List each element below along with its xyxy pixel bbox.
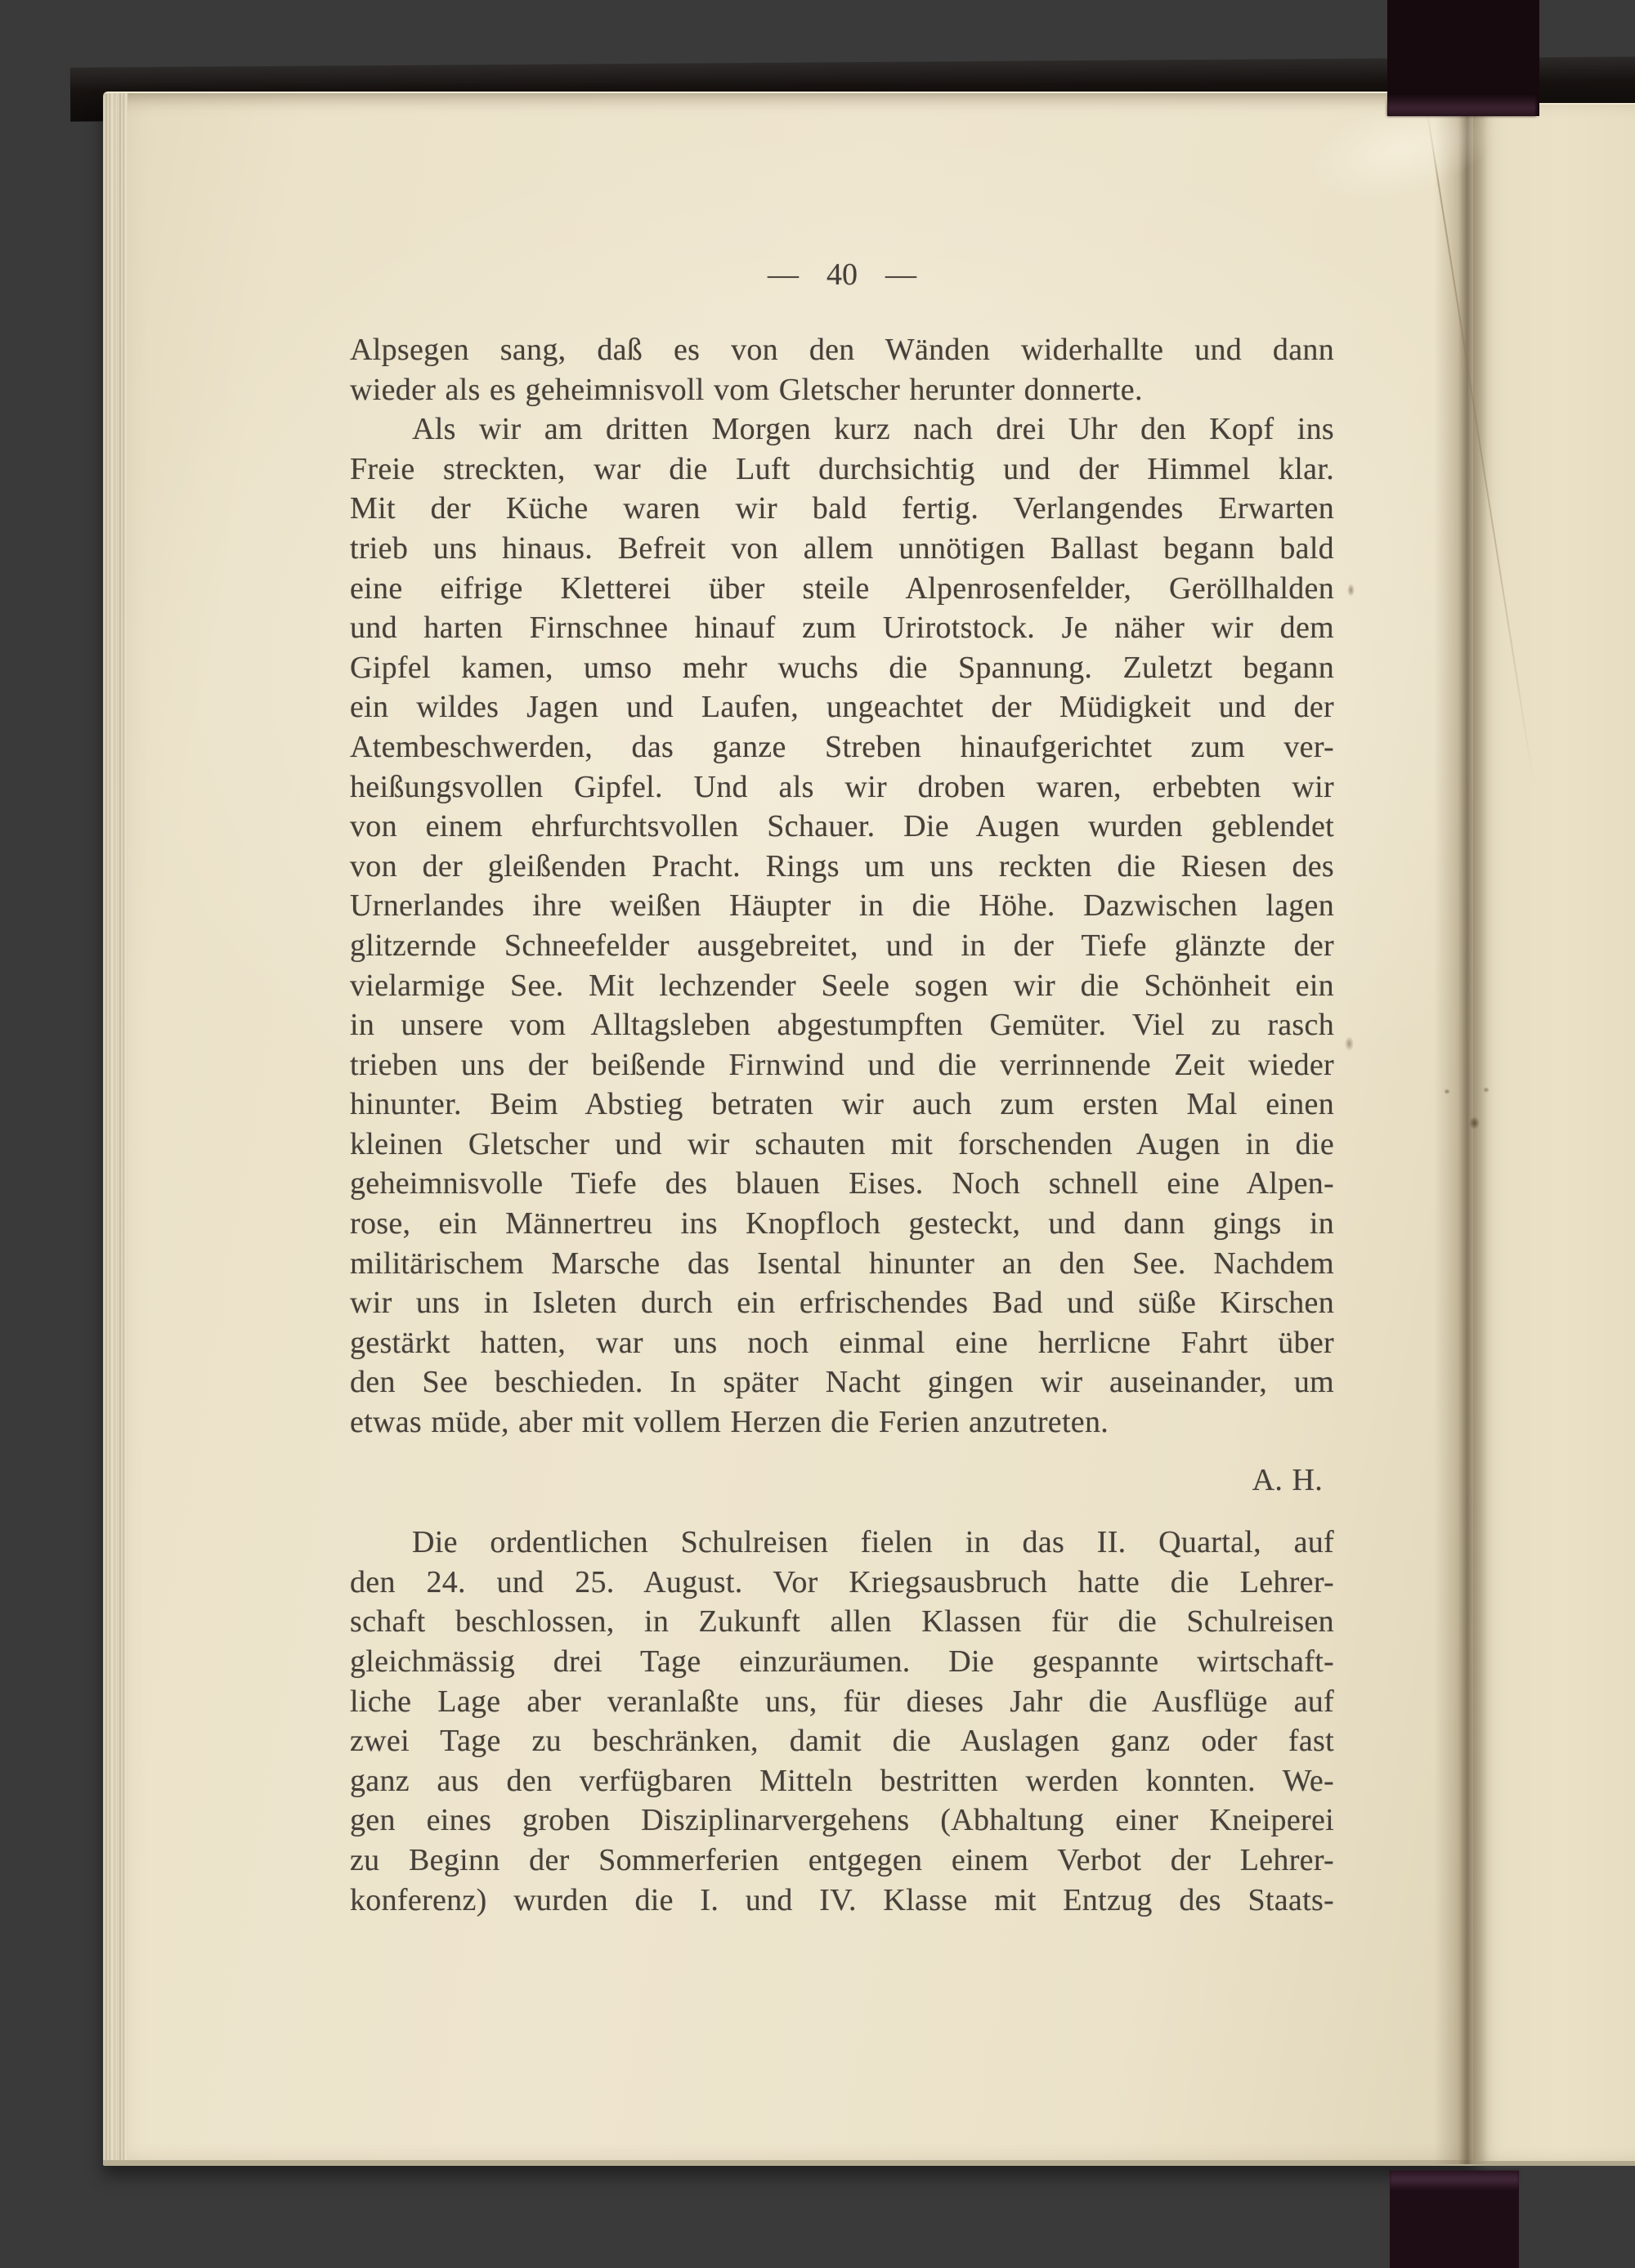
text-line: schaft beschlossen, in Zukunft allen Kla…	[350, 1602, 1334, 1642]
scan-artifact-speck	[1345, 1036, 1354, 1051]
text-line: den See beschieden. In später Nacht ging…	[350, 1362, 1334, 1402]
signature: A. H.	[350, 1461, 1334, 1501]
header-dash: —	[768, 255, 799, 294]
text-line: glitzernde Schneefelder ausgebreitet, un…	[350, 926, 1334, 966]
text-line: kleinen Gletscher und wir schauten mit f…	[350, 1125, 1334, 1165]
scan-artifact-dot	[1444, 1089, 1450, 1094]
text-line: zu Beginn der Sommerferien entgegen eine…	[350, 1841, 1334, 1881]
text-line: Mit der Küche waren wir bald fertig. Ver…	[350, 489, 1334, 529]
text-line: trieb uns hinaus. Befreit von allem unnö…	[350, 529, 1334, 569]
header-dash: —	[885, 255, 916, 294]
binding-ribbon-top	[1387, 0, 1539, 116]
text-line: heißungsvollen Gipfel. Und als wir drobe…	[350, 767, 1334, 807]
text-line: Gipfel kamen, umso mehr wuchs die Spannu…	[350, 648, 1334, 688]
text-line: konferenz) wurden die I. und IV. Klasse …	[350, 1881, 1334, 1921]
text-line: von der gleißenden Pracht. Rings um uns …	[350, 847, 1334, 887]
page-header: — 40 —	[350, 255, 1334, 294]
text-line: den 24. und 25. August. Vor Kriegsausbru…	[350, 1563, 1334, 1603]
text-line: wir uns in Isleten durch ein erfrischend…	[350, 1283, 1334, 1323]
text-line: zwei Tage zu beschränken, damit die Ausl…	[350, 1721, 1334, 1761]
text-line: ganz aus den verfügbaren Mitteln bestrit…	[350, 1761, 1334, 1801]
text-line: Freie streckten, war die Luft durchsicht…	[350, 450, 1334, 490]
binding-ribbon-bottom	[1390, 2171, 1519, 2268]
text-block: Alpsegen sang, daß es von den Wänden wid…	[350, 330, 1334, 1920]
text-line: Die ordentlichen Schulreisen fielen in d…	[350, 1523, 1334, 1563]
scan-artifact-speck	[1347, 584, 1355, 597]
text-line: Als wir am dritten Morgen kurz nach drei…	[350, 409, 1334, 450]
text-line: in unsere vom Alltagsleben abgestumpften…	[350, 1005, 1334, 1045]
page-gutter-fold	[1434, 92, 1488, 2164]
scanned-book-photo: — 40 — Alpsegen sang, daß es von den Wän…	[0, 0, 1635, 2268]
text-line: vielarmige See. Mit lechzender Seele sog…	[350, 966, 1334, 1006]
text-line: rose, ein Männertreu ins Knopfloch geste…	[350, 1204, 1334, 1244]
text-line: militärischem Marsche das Isental hinunt…	[350, 1244, 1334, 1284]
text-line: gen eines groben Disziplinarvergehens (A…	[350, 1801, 1334, 1841]
text-line: Atembeschwerden, das ganze Streben hinau…	[350, 727, 1334, 767]
text-line: trieben uns der beißende Firnwind und di…	[350, 1045, 1334, 1085]
text-line: eine eifrige Kletterei über steile Alpen…	[350, 569, 1334, 609]
text-line: wieder als es geheimnisvoll vom Gletsche…	[350, 370, 1334, 410]
text-line: geheimnisvolle Tiefe des blauen Eises. N…	[350, 1164, 1334, 1204]
text-line: und harten Firnschnee hinauf zum Urirots…	[350, 608, 1334, 648]
text-line: Alpsegen sang, daß es von den Wänden wid…	[350, 330, 1334, 370]
scan-artifact-dot	[1469, 1116, 1480, 1130]
text-line: von einem ehrfurchtsvollen Schauer. Die …	[350, 807, 1334, 847]
text-line: gestärkt hatten, war uns noch einmal ein…	[350, 1323, 1334, 1363]
text-line: ein wildes Jagen und Laufen, ungeachtet …	[350, 687, 1334, 727]
text-line: gleichmässig drei Tage einzuräumen. Die …	[350, 1642, 1334, 1682]
text-line: etwas müde, aber mit vollem Herzen die F…	[350, 1402, 1334, 1443]
text-line: liche Lage aber veranlaßte uns, für dies…	[350, 1682, 1334, 1722]
text-line: Urnerlandes ihre weißen Häupter in die H…	[350, 886, 1334, 926]
facing-page-sliver	[1473, 103, 1635, 2166]
text-line: hinunter. Beim Abstieg betraten wir auch…	[350, 1085, 1334, 1125]
scan-artifact-dot	[1483, 1087, 1489, 1093]
page-number: 40	[826, 255, 858, 294]
